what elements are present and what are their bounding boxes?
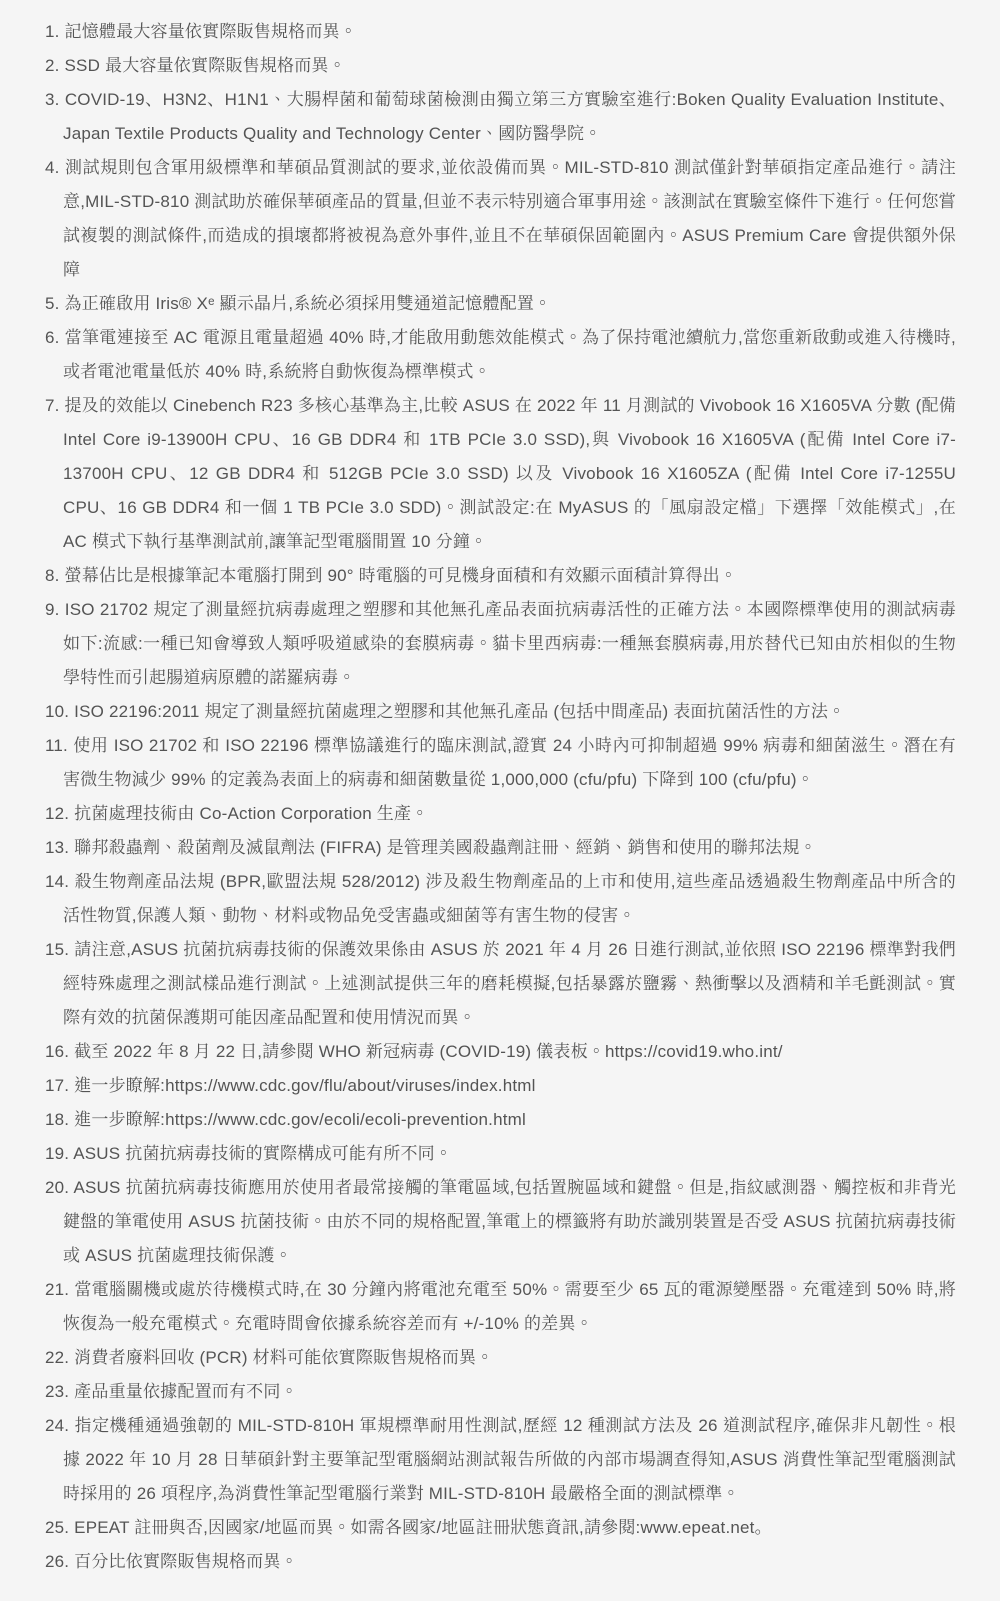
footnote-text: 進一步瞭解:https://www.cdc.gov/ecoli/ecoli-pr… xyxy=(74,1110,526,1129)
footnote-number: 20. xyxy=(45,1178,69,1197)
footnote-text: EPEAT 註冊與否,因國家/地區而異。如需各國家/地區註冊狀態資訊,請參閱:w… xyxy=(74,1518,772,1537)
footnote-number: 15. xyxy=(45,940,69,959)
footnote-text: 提及的效能以 Cinebench R23 多核心基準為主,比較 ASUS 在 2… xyxy=(63,396,956,551)
footnote-number: 9. xyxy=(45,600,60,619)
footnote-item-8: 8. 螢幕佔比是根據筆記本電腦打開到 90° 時電腦的可見機身面積和有效顯示面積… xyxy=(45,559,956,593)
footnote-number: 6. xyxy=(45,328,60,347)
footnote-text: 為正確啟用 Iris® Xᵉ 顯示晶片,系統必須採用雙通道記憶體配置。 xyxy=(65,294,552,313)
footnote-text: 產品重量依據配置而有不同。 xyxy=(74,1382,298,1401)
footnote-number: 19. xyxy=(45,1144,69,1163)
footnote-item-22: 22. 消費者廢料回收 (PCR) 材料可能依實際販售規格而異。 xyxy=(45,1341,956,1375)
footnote-number: 23. xyxy=(45,1382,69,1401)
footnote-text: 指定機種通過強韌的 MIL-STD-810H 軍規標準耐用性測試,歷經 12 種… xyxy=(63,1416,956,1503)
footnote-text: SSD 最大容量依實際販售規格而異。 xyxy=(65,56,346,75)
footnote-number: 10. xyxy=(45,702,69,721)
footnote-number: 8. xyxy=(45,566,60,585)
footnote-number: 18. xyxy=(45,1110,69,1129)
footnote-item-23: 23. 產品重量依據配置而有不同。 xyxy=(45,1375,956,1409)
footnote-number: 24. xyxy=(45,1416,69,1435)
footnote-text: 進一步瞭解:https://www.cdc.gov/flu/about/viru… xyxy=(74,1076,535,1095)
footnote-number: 3. xyxy=(45,90,60,109)
footnote-item-12: 12. 抗菌處理技術由 Co-Action Corporation 生產。 xyxy=(45,797,956,831)
footnote-text: 殺生物劑產品法規 (BPR,歐盟法規 528/2012) 涉及殺生物劑產品的上市… xyxy=(63,872,956,925)
footnotes-page: 1. 記憶體最大容量依實際販售規格而異。 2. SSD 最大容量依實際販售規格而… xyxy=(0,0,1000,1601)
footnote-number: 22. xyxy=(45,1348,69,1367)
footnote-list: 1. 記憶體最大容量依實際販售規格而異。 2. SSD 最大容量依實際販售規格而… xyxy=(45,15,956,1579)
footnote-text: COVID-19、H3N2、H1N1、大腸桿菌和葡萄球菌檢測由獨立第三方實驗室進… xyxy=(63,90,956,143)
footnote-item-21: 21. 當電腦關機或處於待機模式時,在 30 分鐘內將電池充電至 50%。需要至… xyxy=(45,1273,956,1341)
footnote-text: 記憶體最大容量依實際販售規格而異。 xyxy=(65,22,357,41)
footnote-number: 1. xyxy=(45,22,60,41)
footnote-text: 螢幕佔比是根據筆記本電腦打開到 90° 時電腦的可見機身面積和有效顯示面積計算得… xyxy=(65,566,738,585)
footnote-item-14: 14. 殺生物劑產品法規 (BPR,歐盟法規 528/2012) 涉及殺生物劑產… xyxy=(45,865,956,933)
footnote-item-7: 7. 提及的效能以 Cinebench R23 多核心基準為主,比較 ASUS … xyxy=(45,389,956,559)
footnote-item-1: 1. 記憶體最大容量依實際販售規格而異。 xyxy=(45,15,956,49)
footnote-number: 14. xyxy=(45,872,69,891)
footnote-text: ASUS 抗菌抗病毒技術應用於使用者最常接觸的筆電區域,包括置腕區域和鍵盤。但是… xyxy=(63,1178,956,1265)
footnote-item-18: 18. 進一步瞭解:https://www.cdc.gov/ecoli/ecol… xyxy=(45,1103,956,1137)
footnote-item-24: 24. 指定機種通過強韌的 MIL-STD-810H 軍規標準耐用性測試,歷經 … xyxy=(45,1409,956,1511)
footnote-number: 12. xyxy=(45,804,69,823)
footnote-text: 請注意,ASUS 抗菌抗病毒技術的保護效果係由 ASUS 於 2021 年 4 … xyxy=(63,940,956,1027)
footnote-item-26: 26. 百分比依實際販售規格而異。 xyxy=(45,1545,956,1579)
footnote-text: ASUS 抗菌抗病毒技術的實際構成可能有所不同。 xyxy=(73,1144,452,1163)
footnote-number: 4. xyxy=(45,158,60,177)
footnote-item-15: 15. 請注意,ASUS 抗菌抗病毒技術的保護效果係由 ASUS 於 2021 … xyxy=(45,933,956,1035)
footnote-number: 26. xyxy=(45,1552,69,1571)
footnote-text: 測試規則包含軍用級標準和華碩品質測試的要求,並依設備而異。MIL-STD-810… xyxy=(63,158,956,279)
footnote-item-17: 17. 進一步瞭解:https://www.cdc.gov/flu/about/… xyxy=(45,1069,956,1103)
footnote-item-19: 19. ASUS 抗菌抗病毒技術的實際構成可能有所不同。 xyxy=(45,1137,956,1171)
footnote-number: 7. xyxy=(45,396,60,415)
footnote-item-16: 16. 截至 2022 年 8 月 22 日,請參閱 WHO 新冠病毒 (COV… xyxy=(45,1035,956,1069)
footnote-item-13: 13. 聯邦殺蟲劑、殺菌劑及滅鼠劑法 (FIFRA) 是管理美國殺蟲劑註冊、經銷… xyxy=(45,831,956,865)
footnote-number: 16. xyxy=(45,1042,69,1061)
footnote-number: 21. xyxy=(45,1280,69,1299)
footnote-item-10: 10. ISO 22196:2011 規定了測量經抗菌處理之塑膠和其他無孔產品 … xyxy=(45,695,956,729)
footnote-text: 消費者廢料回收 (PCR) 材料可能依實際販售規格而異。 xyxy=(74,1348,493,1367)
footnote-text: 當電腦關機或處於待機模式時,在 30 分鐘內將電池充電至 50%。需要至少 65… xyxy=(63,1280,956,1333)
footnote-item-11: 11. 使用 ISO 21702 和 ISO 22196 標準協議進行的臨床測試… xyxy=(45,729,956,797)
footnote-number: 25. xyxy=(45,1518,69,1537)
footnote-item-9: 9. ISO 21702 規定了測量經抗病毒處理之塑膠和其他無孔產品表面抗病毒活… xyxy=(45,593,956,695)
footnote-text: 截至 2022 年 8 月 22 日,請參閱 WHO 新冠病毒 (COVID-1… xyxy=(74,1042,783,1061)
footnote-number: 17. xyxy=(45,1076,69,1095)
footnote-text: 抗菌處理技術由 Co-Action Corporation 生產。 xyxy=(74,804,428,823)
footnote-item-3: 3. COVID-19、H3N2、H1N1、大腸桿菌和葡萄球菌檢測由獨立第三方實… xyxy=(45,83,956,151)
footnote-text: 當筆電連接至 AC 電源且電量超過 40% 時,才能啟用動態效能模式。為了保持電… xyxy=(63,328,956,381)
footnote-text: 聯邦殺蟲劑、殺菌劑及滅鼠劑法 (FIFRA) 是管理美國殺蟲劑註冊、經銷、銷售和… xyxy=(74,838,816,857)
footnote-item-5: 5. 為正確啟用 Iris® Xᵉ 顯示晶片,系統必須採用雙通道記憶體配置。 xyxy=(45,287,956,321)
footnote-text: ISO 21702 規定了測量經抗病毒處理之塑膠和其他無孔產品表面抗病毒活性的正… xyxy=(63,600,956,687)
footnote-number: 13. xyxy=(45,838,69,857)
footnote-number: 11. xyxy=(45,736,68,755)
footnote-item-25: 25. EPEAT 註冊與否,因國家/地區而異。如需各國家/地區註冊狀態資訊,請… xyxy=(45,1511,956,1545)
footnote-item-20: 20. ASUS 抗菌抗病毒技術應用於使用者最常接觸的筆電區域,包括置腕區域和鍵… xyxy=(45,1171,956,1273)
footnote-number: 2. xyxy=(45,56,60,75)
footnote-item-4: 4. 測試規則包含軍用級標準和華碩品質測試的要求,並依設備而異。MIL-STD-… xyxy=(45,151,956,287)
footnote-item-2: 2. SSD 最大容量依實際販售規格而異。 xyxy=(45,49,956,83)
footnote-text: 使用 ISO 21702 和 ISO 22196 標準協議進行的臨床測試,證實 … xyxy=(63,736,956,789)
footnote-text: 百分比依實際販售規格而異。 xyxy=(74,1552,298,1571)
footnote-text: ISO 22196:2011 規定了測量經抗菌處理之塑膠和其他無孔產品 (包括中… xyxy=(74,702,845,721)
footnote-number: 5. xyxy=(45,294,60,313)
footnote-item-6: 6. 當筆電連接至 AC 電源且電量超過 40% 時,才能啟用動態效能模式。為了… xyxy=(45,321,956,389)
